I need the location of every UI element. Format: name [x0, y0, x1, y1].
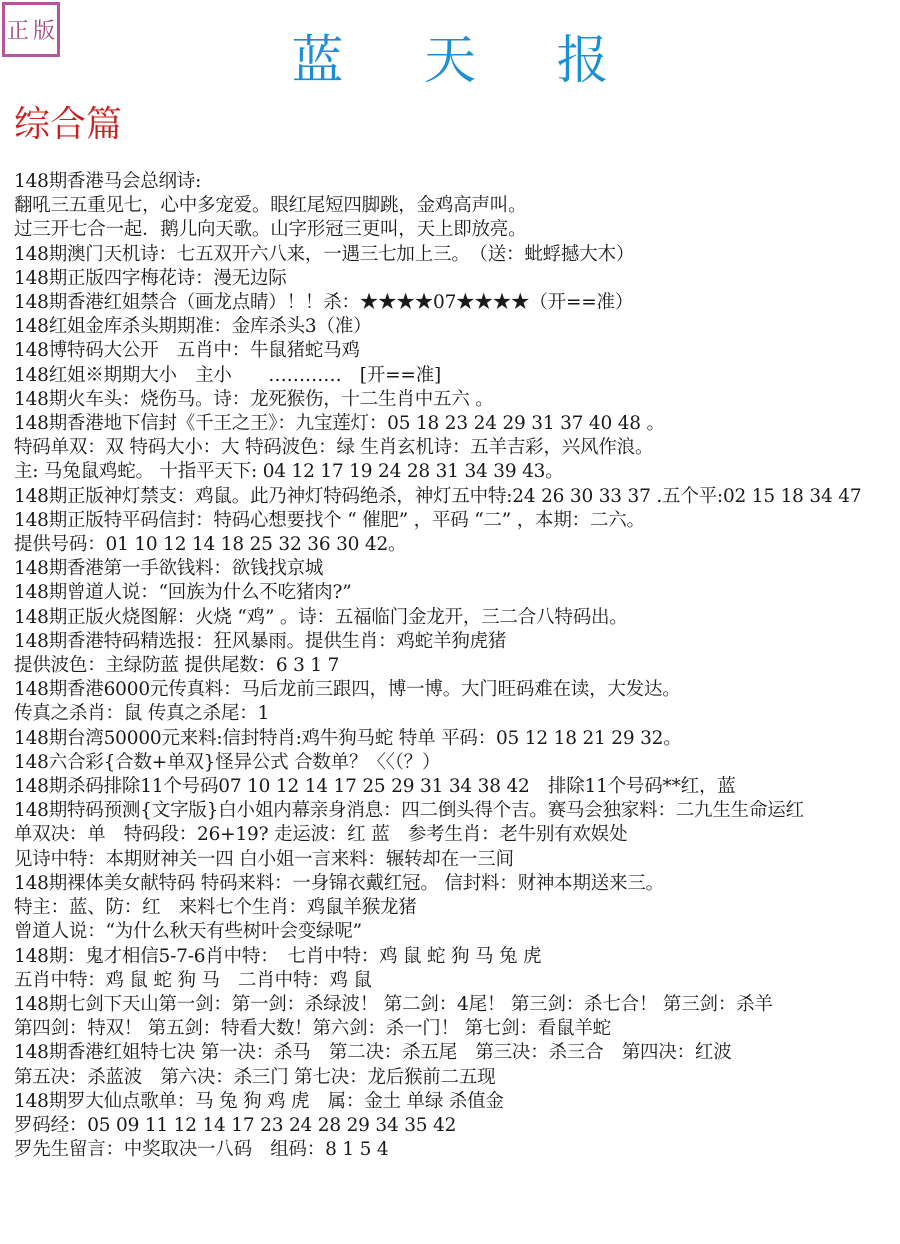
text-line: 五肖中特：鸡 鼠 蛇 狗 马 二肖中特：鸡 鼠: [14, 969, 900, 993]
text-line: 148期罗大仙点歌单：马 兔 狗 鸡 虎 属：金土 单绿 杀值金: [14, 1090, 900, 1114]
text-line: 148博特码大公开 五肖中：牛鼠猪蛇马鸡: [14, 339, 900, 363]
text-line: 148红姐※期期大小 主小 ………… [开==准]: [14, 364, 900, 388]
text-line: 148期香港红姐特七决 第一决：杀马 第二决：杀五尾 第三决：杀三合 第四决：红…: [14, 1041, 900, 1065]
text-line: 148期澳门天机诗：七五双开六八来，一遇三七加上三。 （送：蚍蜉撼大木）: [14, 243, 900, 267]
text-line: 148期正版特平码信封：特码心想要找个 “ 催肥” ，平码 “二” ，本期：二六…: [14, 509, 900, 533]
text-line: 148期七剑下天山第一剑：第一剑：杀绿波！ 第二剑：4尾！ 第三剑：杀七合！ 第…: [14, 993, 900, 1017]
text-line: 148期正版火烧图解：火烧 “鸡” 。诗：五福临门金龙开，三二合八特码出。: [14, 606, 900, 630]
text-line: 特码单双：双 特码大小：大 特码波色：绿 生肖玄机诗：五羊吉彩，兴风作浪。: [14, 436, 900, 460]
text-line: 单双决：单 特码段：26+19? 走运波：红 蓝 参考生肖：老牛别有欢娱处: [14, 823, 900, 847]
text-line: 148期香港6000元传真料：马后龙前三跟四，博一博。大门旺码难在读，大发达。: [14, 678, 900, 702]
text-line: 罗先生留言：中奖取决一八码 组码：8 1 5 4: [14, 1138, 900, 1162]
text-line: 罗码经：05 09 11 12 14 17 23 24 28 29 34 35 …: [14, 1114, 900, 1138]
text-line: 148期香港马会总纲诗:: [14, 170, 900, 194]
text-line: 148期裸体美女献特码 特码来料：一身锦衣戴红冠。 信封料：财神本期送来三。: [14, 872, 900, 896]
text-line: 148期曾道人说：“回族为什么不吃猪肉?”: [14, 581, 900, 605]
text-line: 148期台湾50000元来料:信封特肖:鸡牛狗马蛇 特单 平码：05 12 18…: [14, 727, 900, 751]
text-line: 传真之杀肖：鼠 传真之杀尾：1: [14, 702, 900, 726]
title-char: 蓝: [291, 18, 343, 93]
text-line: 148期：鬼才相信5-7-6肖中特： 七肖中特：鸡 鼠 蛇 狗 马 兔 虎: [14, 945, 900, 969]
content-lines: 148期香港马会总纲诗:翻吼三五重见七，心中多宠爱。眼红尾短四脚跳，金鸡高声叫。…: [14, 170, 900, 1162]
text-line: 148期香港第一手欲钱料：欲钱找京城: [14, 557, 900, 581]
text-line: 148期特码预测{文字版}白小姐内幕亲身消息：四二倒头得个吉。赛马会独家料：二九…: [14, 799, 900, 823]
text-line: 翻吼三五重见七，心中多宠爱。眼红尾短四脚跳，金鸡高声叫。: [14, 194, 900, 218]
section-heading: 综合篇: [14, 96, 122, 147]
title-char: 报: [557, 18, 609, 93]
text-line: 提供波色：主绿防蓝 提供尾数：6 3 1 7: [14, 654, 900, 678]
text-line: 148期正版四字梅花诗：漫无边际: [14, 267, 900, 291]
text-line: 148期正版神灯禁支：鸡鼠。此乃神灯特码绝杀，神灯五中特:24 26 30 33…: [14, 485, 900, 509]
text-line: 第五决：杀蓝波 第六决：杀三门 第七决：龙后猴前二五现: [14, 1066, 900, 1090]
page-title: 蓝 天 报: [0, 18, 900, 93]
text-line: 特主：蓝、防：红 来料七个生肖：鸡鼠羊猴龙猪: [14, 896, 900, 920]
text-line: 第四剑：特双！ 第五剑：特看大数！第六剑：杀一门！ 第七剑：看鼠羊蛇: [14, 1017, 900, 1041]
title-char: 天: [424, 18, 476, 93]
text-line: 148期香港红姐禁合（画龙点睛）！！杀：★★★★07★★★★（开==准）: [14, 291, 900, 315]
text-line: 见诗中特：本期财神关一四 白小姐一言来料：辗转却在一三间: [14, 848, 900, 872]
text-line: 148期杀码排除11个号码07 10 12 14 17 25 29 31 34 …: [14, 775, 900, 799]
text-line: 148红姐金库杀头期期准：金库杀头3（准）: [14, 315, 900, 339]
text-line: 主: 马兔鼠鸡蛇。 十指平天下: 04 12 17 19 24 28 31 34…: [14, 460, 900, 484]
text-line: 曾道人说：“为什么秋天有些树叶会变绿呢”: [14, 920, 900, 944]
text-line: 148期香港特码精选报：狂风暴雨。提供生肖：鸡蛇羊狗虎猪: [14, 630, 900, 654]
text-line: 提供号码：01 10 12 14 18 25 32 36 30 42。: [14, 533, 900, 557]
text-line: 过三开七合一起．鹅儿向天歌。山字形冠三更叫，天上即放亮。: [14, 218, 900, 242]
text-line: 148期香港地下信封《千王之王》：九宝莲灯：05 18 23 24 29 31 …: [14, 412, 900, 436]
text-line: 148六合彩{合数+单双}怪异公式 合数单？〈〈（？）: [14, 751, 900, 775]
text-line: 148期火车头：烧伤马。诗：龙死猴伤，十二生肖中五六 。: [14, 388, 900, 412]
